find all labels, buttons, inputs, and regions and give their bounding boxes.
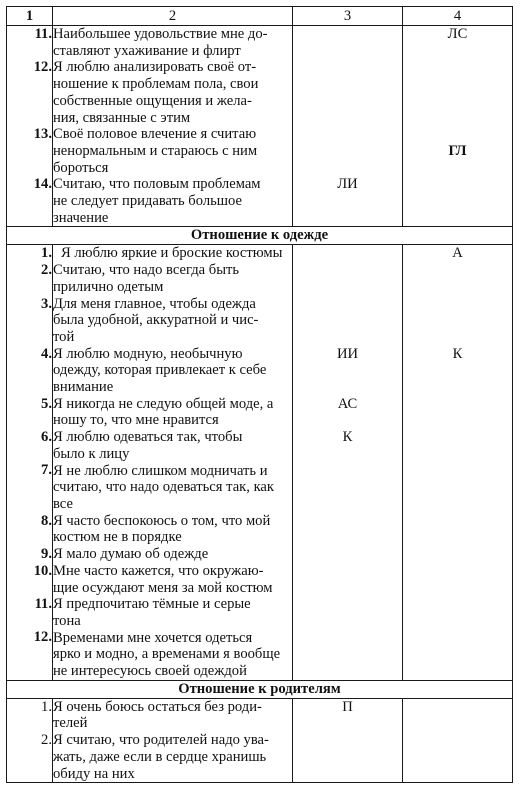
- statement-text: Я люблю модную, необычнуюодежду, которая…: [53, 346, 292, 396]
- statement-text: Я считаю, что родителей надо ува-жать, д…: [53, 732, 292, 782]
- statement-column: Я люблю яркие и броские костюмыСчитаю, ч…: [53, 245, 293, 680]
- scale-4-column: ЛСГЛ: [403, 26, 513, 227]
- scale-4-code: ЛС: [403, 26, 512, 59]
- item-number-column: 11.12.13.14.: [7, 26, 53, 227]
- scale-4-code: [403, 296, 512, 346]
- header-col-4: 4: [403, 7, 513, 26]
- statement-column: Я очень боюсь остаться без роди-телейЯ с…: [53, 698, 293, 783]
- item-number: 9.: [7, 546, 52, 563]
- statement-text: Я люблю одеваться так, чтобыбыло к лицу: [53, 429, 292, 462]
- scale-3-column: ИИАСК: [293, 245, 403, 680]
- statement-text: Я очень боюсь остаться без роди-телей: [53, 699, 292, 732]
- scale-4-code: ГЛ: [403, 126, 512, 176]
- item-number: 1.: [7, 245, 52, 262]
- statement-text: Для меня главное, чтобы одеждабыла удобн…: [53, 296, 292, 346]
- scale-3-code: [293, 596, 402, 629]
- item-number: 13.: [7, 126, 52, 176]
- header-row: 1 2 3 4: [7, 7, 513, 26]
- scale-3-code: П: [293, 699, 402, 732]
- item-number: 12.: [7, 59, 52, 126]
- scale-3-code: [293, 126, 402, 176]
- statement-text: Считаю, что надо всегда бытьприлично оде…: [53, 262, 292, 295]
- item-number: 3.: [7, 296, 52, 346]
- scale-4-code: [403, 176, 512, 226]
- statement-text: Я никогда не следую общей моде, аношу то…: [53, 396, 292, 429]
- scale-4-code: К: [403, 346, 512, 396]
- scale-3-code: [293, 26, 402, 59]
- scale-4-code: [403, 732, 512, 782]
- scale-4-column: АК: [403, 245, 513, 680]
- scale-4-code: [403, 462, 512, 512]
- scale-3-code: [293, 563, 402, 596]
- section-header-row: Отношение к родителям: [7, 680, 513, 698]
- scale-4-code: [403, 563, 512, 596]
- item-number: 4.: [7, 346, 52, 396]
- item-number-column: 1.2.3.4.5.6.7.8.9.10.11.12.: [7, 245, 53, 680]
- scale-4-column: [403, 698, 513, 783]
- statement-text: Я предпочитаю тёмные и серыетона: [53, 596, 292, 629]
- scale-3-code: ЛИ: [293, 176, 402, 226]
- questionnaire-table: 1 2 3 4 11.12.13.14.Наибольшее удовольст…: [6, 6, 513, 783]
- scale-4-code: [403, 699, 512, 732]
- scale-4-code: [403, 629, 512, 679]
- item-number: 12.: [7, 629, 52, 679]
- statement-text: Считаю, что половым проблемамне следует …: [53, 176, 292, 226]
- item-number: 1.: [7, 699, 52, 732]
- item-number: 5.: [7, 396, 52, 429]
- item-number: 2.: [7, 732, 52, 782]
- section-body-row: 1.2.Я очень боюсь остаться без роди-теле…: [7, 698, 513, 783]
- scale-3-code: [293, 262, 402, 295]
- item-number: 2.: [7, 262, 52, 295]
- scale-3-column: П: [293, 698, 403, 783]
- item-number: 6.: [7, 429, 52, 462]
- scale-3-code: [293, 512, 402, 545]
- scale-4-code: [403, 596, 512, 629]
- section-header-row: Отношение к одежде: [7, 227, 513, 245]
- item-number-column: 1.2.: [7, 698, 53, 783]
- scale-3-code: [293, 629, 402, 679]
- statement-text: Я люблю яркие и броские костюмы: [53, 245, 292, 262]
- scale-3-code: ИИ: [293, 346, 402, 396]
- scale-4-code: [403, 262, 512, 295]
- statement-text: Я мало думаю об одежде: [53, 546, 292, 563]
- header-col-2: 2: [53, 7, 293, 26]
- statement-text: Наибольшее удовольствие мне до-ставляют …: [53, 26, 292, 59]
- statement-text: Я не люблю слишком модничать исчитаю, чт…: [53, 463, 292, 513]
- scale-3-code: [293, 245, 402, 262]
- scale-3-column: ЛИ: [293, 26, 403, 227]
- scale-4-code: [403, 512, 512, 545]
- item-number: 11.: [7, 26, 52, 59]
- scale-3-code: К: [293, 429, 402, 462]
- scale-3-code: [293, 462, 402, 512]
- section-body-row: 1.2.3.4.5.6.7.8.9.10.11.12.Я люблю яркие…: [7, 245, 513, 680]
- scale-4-code: [403, 59, 512, 126]
- item-number: 7.: [7, 462, 52, 512]
- section-body-row: 11.12.13.14.Наибольшее удовольствие мне …: [7, 26, 513, 227]
- statement-text: Своё половое влечение я считаюненормальн…: [53, 126, 292, 176]
- statement-text: Временами мне хочется одетьсяярко и модн…: [53, 630, 292, 680]
- scale-4-code: [403, 396, 512, 429]
- scale-4-code: [403, 546, 512, 563]
- header-col-3: 3: [293, 7, 403, 26]
- scale-3-code: [293, 59, 402, 126]
- item-number: 11.: [7, 596, 52, 629]
- scale-4-code: А: [403, 245, 512, 262]
- scale-4-code: [403, 429, 512, 462]
- statement-column: Наибольшее удовольствие мне до-ставляют …: [53, 26, 293, 227]
- header-col-1: 1: [7, 7, 53, 26]
- scale-3-code: [293, 546, 402, 563]
- scale-3-code: АС: [293, 396, 402, 429]
- scale-3-code: [293, 732, 402, 782]
- section-title: Отношение к родителям: [7, 680, 513, 698]
- item-number: 14.: [7, 176, 52, 226]
- statement-text: Я люблю анализировать своё от-ношение к …: [53, 59, 292, 126]
- section-title: Отношение к одежде: [7, 227, 513, 245]
- item-number: 10.: [7, 563, 52, 596]
- scale-3-code: [293, 296, 402, 346]
- statement-text: Я часто беспокоюсь о том, что мойкостюм …: [53, 513, 292, 546]
- item-number: 8.: [7, 513, 52, 546]
- statement-text: Мне часто кажется, что окружаю-щие осужд…: [53, 563, 292, 596]
